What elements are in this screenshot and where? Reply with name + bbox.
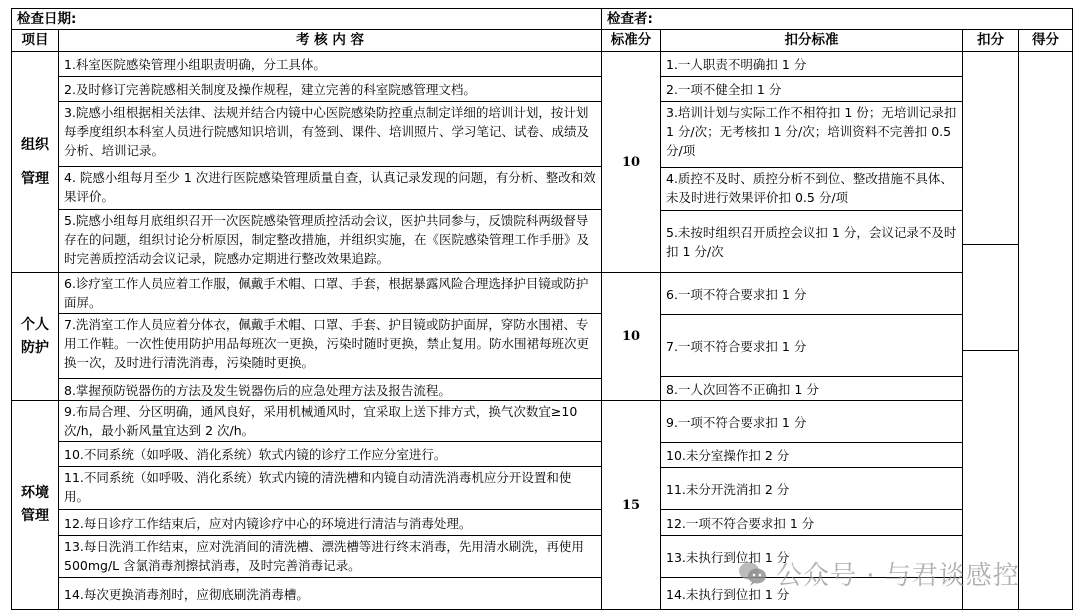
deduction-standard-1: 1.一人职责不明确扣 1 分 [660,51,963,77]
standard-score-personal-protection: 10 [601,272,661,401]
standard-score-environment: 15 [601,400,661,610]
score-input[interactable] [1018,51,1073,610]
col-header-score: 得分 [1018,29,1073,52]
content-item-5: 5.院感小组每月底组织召开一次医院感染管理质控活动会议，医护共同参与，反馈院科两… [58,209,602,273]
deduction-standard-14: 14.未执行到位扣 1 分 [660,577,963,610]
section-label-line1: 个人 [21,314,49,337]
check-date-field[interactable]: 检查日期: [11,8,602,30]
content-item-4: 4. 院感小组每月至少 1 次进行医院感染管理质量自查，认真记录发现的问题，有分… [58,166,602,210]
content-item-14: 14.每次更换消毒剂时，应彻底刷洗消毒槽。 [58,577,602,610]
deduction-standard-6: 6.一项不符合要求扣 1 分 [660,272,963,315]
content-item-9: 9.布局合理、分区明确，通风良好，采用机械通风时，宜采取上送下排方式，换气次数宜… [58,400,602,442]
section-label-environment: 环境管理 [11,400,59,610]
deduction-input-environment[interactable] [962,350,1019,610]
content-item-11: 11.不同系统（如呼吸、消化系统）软式内镜的清洗槽和内镜自动清洗消毒机应分开设置… [58,466,602,510]
col-header-item: 项目 [11,29,59,52]
section-label-line1: 组织 [21,128,49,162]
deduction-standard-4: 4.质控不及时、质控分析不到位、整改措施不具体、未及时进行效果评价扣 0.5 分… [660,167,963,211]
inspector-label: 检查者: [607,10,653,29]
deduction-standard-5: 5.未按时组织召开质控会议扣 1 分，会议记录不及时扣 1 分/次 [660,210,963,273]
deduction-standard-2: 2.一项不健全扣 1 分 [660,76,963,102]
section-label-line2: 管理 [21,505,49,528]
content-item-1: 1.科室医院感染管理小组职责明确，分工具体。 [58,51,602,77]
section-label-personal-protection: 个人防护 [11,272,59,401]
section-label-line2: 管理 [21,162,49,196]
deduction-standard-7: 7.一项不符合要求扣 1 分 [660,314,963,377]
content-item-13: 13.每日洗消工作结束，应对洗消间的清洗槽、漂洗槽等进行终末消毒，先用清水刷洗，… [58,535,602,578]
inspector-field[interactable]: 检查者: [601,8,1073,30]
deduction-standard-8: 8.一人次回答不正确扣 1 分 [660,376,963,401]
deduction-standard-13: 13.未执行到位扣 1 分 [660,535,963,578]
deduction-standard-10: 10.未分室操作扣 2 分 [660,442,963,468]
deduction-input-personal-protection[interactable] [962,244,1019,351]
content-item-2: 2.及时修订完善院感相关制度及操作规程，建立完善的科室院感管理文档。 [58,76,602,102]
content-item-6: 6.诊疗室工作人员应着工作服，佩戴手术帽、口罩、手套，根据暴露风险合理选择护目镜… [58,272,602,314]
col-header-content: 考 核 内 容 [58,29,602,52]
deduction-standard-11: 11.未分开洗消扣 2 分 [660,467,963,510]
content-item-8: 8.掌握预防锐器伤的方法及发生锐器伤后的应急处理方法及报告流程。 [58,378,602,401]
col-header-deduction-standard: 扣分标准 [660,29,963,52]
section-label-line2: 防护 [21,337,49,360]
standard-score-organization: 10 [601,51,661,273]
deduction-standard-12: 12.一项不符合要求扣 1 分 [660,509,963,536]
deduction-standard-9: 9.一项不符合要求扣 1 分 [660,400,963,443]
content-item-7: 7.洗消室工作人员应着分体衣，佩戴手术帽、口罩、手套、护目镜或防护面屏，穿防水围… [58,313,602,379]
deduction-standard-3: 3.培训计划与实际工作不相符扣 1 份；无培训记录扣 1 分/次；无考核扣 1 … [660,101,963,168]
content-item-10: 10.不同系统（如呼吸、消化系统）软式内镜的诊疗工作应分室进行。 [58,441,602,467]
content-item-12: 12.每日诊疗工作结束后，应对内镜诊疗中心的环境进行清洁与消毒处理。 [58,509,602,536]
check-date-label: 检查日期: [17,10,76,29]
content-item-3: 3.院感小组根据相关法律、法规并结合内镜中心医院感染防控重点制定详细的培训计划，… [58,101,602,167]
section-label-line1: 环境 [21,482,49,505]
section-label-organization: 组织管理 [11,51,59,273]
col-header-standard-score: 标准分 [601,29,661,52]
deduction-input-organization[interactable] [962,51,1019,245]
col-header-deduction: 扣分 [962,29,1019,52]
